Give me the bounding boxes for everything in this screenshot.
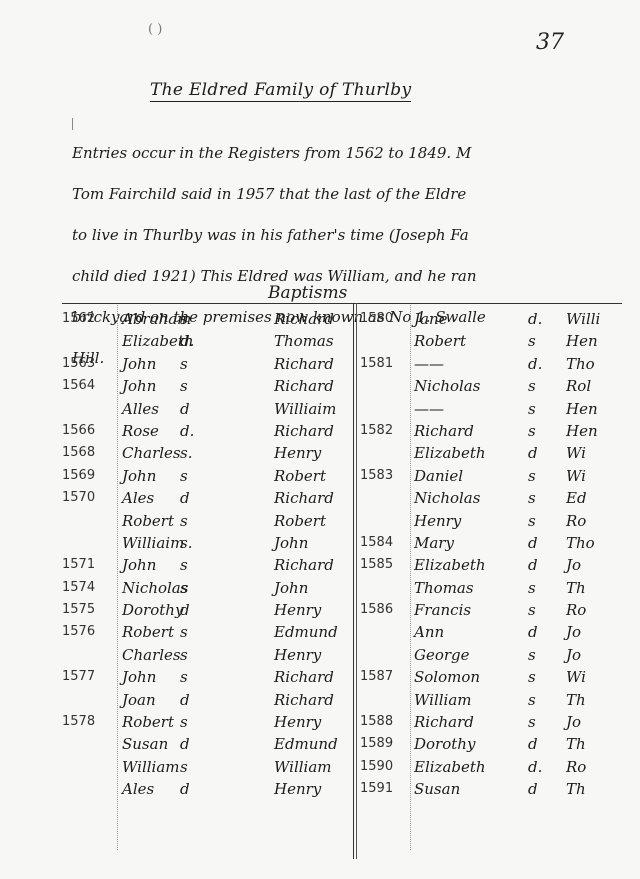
cell-sex: s [180,375,188,397]
cell-year: 1568 [62,442,114,464]
cell-name: Ales [122,778,154,800]
cell-year: 1589 [360,733,408,755]
cell-name: John [122,465,156,487]
table-row: WilliamsWilliam [62,756,352,778]
cell-name: Dorothy [414,733,475,755]
cell-father: Willi [566,308,600,330]
table-row: HenrysRo [360,510,640,532]
cell-father: Rol [566,375,591,397]
table-row: 1578RobertsHenry [62,711,352,733]
cell-year: 1585 [360,554,408,576]
table-row: 1570AlesdRichard [62,487,352,509]
cell-father: Henry [274,599,321,621]
table-row: ——sHen [360,398,640,420]
cell-name: Nicholas [122,577,188,599]
cell-year: 1584 [360,532,408,554]
table-row: 1575DorothydHenry [62,599,352,621]
cell-father: Ro [566,599,586,621]
table-row: 1569JohnsRobert [62,465,352,487]
table-row: NicholassRol [360,375,640,397]
column-divider [353,303,357,859]
cell-sex: s [180,666,188,688]
document-page: ( ) 37 The Eldred Family of Thurlby Entr… [0,0,640,879]
cell-name: John [122,666,156,688]
cell-father: Ed [566,487,587,509]
cell-name: Charles [122,644,181,666]
intro-line: Tom Fairchild said in 1957 that the last… [72,184,640,205]
cell-sex: d [180,487,190,509]
cell-father: Tho [566,532,595,554]
cell-sex: d [528,442,538,464]
bracket-mark: ( ) [148,22,162,37]
table-row: 1587SolomonsWi [360,666,640,688]
cell-year: 1577 [62,666,114,688]
cell-sex: s [528,666,536,688]
cell-year: 1564 [62,375,114,397]
table-row: AlesdHenry [62,778,352,800]
cell-father: Henry [274,442,321,464]
cell-father: Henry [274,778,321,800]
cell-name: Elizabeth [414,756,486,778]
cell-year: 1581 [360,353,408,375]
cell-father: Th [566,577,586,599]
cell-sex: s [528,330,536,352]
table-row: 1568Charless.Henry [62,442,352,464]
cell-name: Rose [122,420,159,442]
cell-name: —— [414,398,444,420]
cell-sex: s [528,375,536,397]
cell-sex: s [528,577,536,599]
cell-father: Th [566,778,586,800]
cell-year: 1563 [62,353,114,375]
cell-father: Henry [274,644,321,666]
cell-father: Hen [566,420,598,442]
cell-sex: s [180,510,188,532]
cell-sex: d [528,733,538,755]
cell-sex: s [180,621,188,643]
cell-father: Th [566,733,586,755]
table-row: RobertsRobert [62,510,352,532]
cell-father: Wi [566,666,586,688]
cell-name: Elizabeth [414,442,486,464]
cell-father: Wi [566,442,586,464]
cell-name: Elizabeth [414,554,486,576]
cell-father: William [274,756,332,778]
cell-sex: d [180,689,190,711]
table-row: 1563JohnsRichard [62,353,352,375]
table-row: ThomassTh [360,577,640,599]
cell-year: 1588 [360,711,408,733]
cell-name: Charles [122,442,181,464]
cell-sex: s [528,644,536,666]
cell-father: Ro [566,756,586,778]
cell-father: Henry [274,711,321,733]
table-row: RobertsHen [360,330,640,352]
cell-year: 1566 [62,420,114,442]
table-row: 1582RichardsHen [360,420,640,442]
cell-sex: d [180,778,190,800]
cell-father: John [274,532,308,554]
cell-father: Thomas [274,330,334,352]
cell-sex: s [180,711,188,733]
cell-father: Richard [274,308,334,330]
cell-name: Susan [414,778,460,800]
cell-father: Robert [274,510,326,532]
cell-name: —— [414,353,444,375]
cell-sex: s [528,465,536,487]
cell-name: Ales [122,487,154,509]
cell-sex: s [528,487,536,509]
cell-father: Hen [566,330,598,352]
cell-name: Ann [414,621,444,643]
table-row: 1591SusandTh [360,778,640,800]
table-row: GeorgesJo [360,644,640,666]
cell-name: Richard [414,420,474,442]
baptisms-left-column: 1562AbrahamsRichardElizabethd.Thomas1563… [62,308,352,801]
table-row: WilliamsTh [360,689,640,711]
cell-father: Edmund [274,733,338,755]
cell-name: Jane [414,308,448,330]
cell-year: 1583 [360,465,408,487]
cell-father: Edmund [274,621,338,643]
table-row: 1571JohnsRichard [62,554,352,576]
cell-father: Richard [274,353,334,375]
cell-sex: s [180,644,188,666]
cell-name: Nicholas [414,375,480,397]
page-number: 37 [536,30,564,55]
cell-sex: d. [528,353,542,375]
cell-year: 1571 [62,554,114,576]
table-row: ElizabethdWi [360,442,640,464]
cell-name: William [122,756,180,778]
cell-father: Williaim [274,398,336,420]
cell-year: 1582 [360,420,408,442]
cell-sex: s [180,353,188,375]
cell-sex: s [528,689,536,711]
cell-sex: s [528,398,536,420]
cell-father: Richard [274,554,334,576]
table-row: 1583DanielsWi [360,465,640,487]
cell-father: Jo [566,711,581,733]
cell-name: John [122,353,156,375]
cell-father: Jo [566,554,581,576]
cell-year: 1578 [62,711,114,733]
cell-sex: s. [180,442,192,464]
heading-rule [62,303,622,304]
cell-sex: s [528,711,536,733]
cell-year: 1574 [62,577,114,599]
cell-father: Richard [274,420,334,442]
cell-name: Francis [414,599,471,621]
cell-father: Wi [566,465,586,487]
cell-year: 1590 [360,756,408,778]
table-row: NicholassEd [360,487,640,509]
cell-father: Jo [566,621,581,643]
table-row: 1588RichardsJo [360,711,640,733]
cell-year: 1580 [360,308,408,330]
baptisms-right-column: 1580Janed.WilliRobertsHen1581——d.ThoNich… [360,308,640,801]
cell-name: Robert [122,510,174,532]
cell-sex: d [528,554,538,576]
cell-name: Henry [414,510,461,532]
table-row: 1574NicholassJohn [62,577,352,599]
cell-name: Solomon [414,666,480,688]
cell-name: Williaim [122,532,184,554]
cell-year: 1586 [360,599,408,621]
cell-sex: s [180,465,188,487]
cell-sex: s [528,599,536,621]
cell-sex: s [180,308,188,330]
cell-year: 1591 [360,778,408,800]
table-row: 1580Janed.Willi [360,308,640,330]
intro-line: to live in Thurlby was in his father's t… [72,225,640,246]
cell-year: 1570 [62,487,114,509]
cell-father: John [274,577,308,599]
cell-sex: d. [180,420,194,442]
intro-line: Entries occur in the Registers from 1562… [72,143,640,164]
cell-sex: s [528,510,536,532]
cell-sex: d [180,398,190,420]
cell-name: Mary [414,532,454,554]
table-row: Williaims.John [62,532,352,554]
table-row: 1585ElizabethdJo [360,554,640,576]
table-heading: Baptisms [268,283,347,303]
cell-name: Joan [122,689,156,711]
cell-name: Richard [414,711,474,733]
cell-father: Tho [566,353,595,375]
cell-name: George [414,644,470,666]
cell-sex: s [528,420,536,442]
table-row: CharlessHenry [62,644,352,666]
cell-name: Nicholas [414,487,480,509]
cell-father: Robert [274,465,326,487]
cell-name: Robert [414,330,466,352]
table-row: 1581——d.Tho [360,353,640,375]
table-row: 1589DorothydTh [360,733,640,755]
cell-father: Richard [274,375,334,397]
cell-year: 1576 [62,621,114,643]
cell-sex: d. [528,308,542,330]
cell-father: Richard [274,666,334,688]
table-row: 1586FrancissRo [360,599,640,621]
cell-sex: s [180,554,188,576]
cell-name: Susan [122,733,168,755]
cell-father: Richard [274,487,334,509]
table-row: 1577JohnsRichard [62,666,352,688]
table-row: AllesdWilliaim [62,398,352,420]
cell-name: Dorothy [122,599,183,621]
cell-father: Hen [566,398,598,420]
cell-year: 1587 [360,666,408,688]
cell-sex: s. [180,532,192,554]
cell-sex: s [180,577,188,599]
table-row: 1584MarydTho [360,532,640,554]
cell-name: Alles [122,398,159,420]
cell-name: Robert [122,711,174,733]
cell-name: Robert [122,621,174,643]
table-row: JoandRichard [62,689,352,711]
table-row: Elizabethd.Thomas [62,330,352,352]
cell-name: Thomas [414,577,474,599]
cell-sex: d. [528,756,542,778]
page-title: The Eldred Family of Thurlby [150,80,411,102]
cell-name: Daniel [414,465,463,487]
cell-sex: d [528,621,538,643]
cell-father: Th [566,689,586,711]
cell-father: Ro [566,510,586,532]
table-row: 1564JohnsRichard [62,375,352,397]
cell-sex: d [528,532,538,554]
table-row: 1562AbrahamsRichard [62,308,352,330]
table-row: 1576RobertsEdmund [62,621,352,643]
cell-year: 1562 [62,308,114,330]
cell-sex: d [180,733,190,755]
cell-name: William [414,689,472,711]
cell-sex: d [528,778,538,800]
cell-sex: s [180,756,188,778]
cell-name: John [122,375,156,397]
cell-sex: d [180,599,190,621]
cell-father: Richard [274,689,334,711]
table-row: AnndJo [360,621,640,643]
table-row: SusandEdmund [62,733,352,755]
table-row: 1566Rosed.Richard [62,420,352,442]
cell-father: Jo [566,644,581,666]
cell-name: John [122,554,156,576]
intro-line: child died 1921) This Eldred was William… [72,266,640,287]
cell-year: 1575 [62,599,114,621]
cell-sex: d. [180,330,194,352]
cell-year: 1569 [62,465,114,487]
table-row: 1590Elizabethd.Ro [360,756,640,778]
